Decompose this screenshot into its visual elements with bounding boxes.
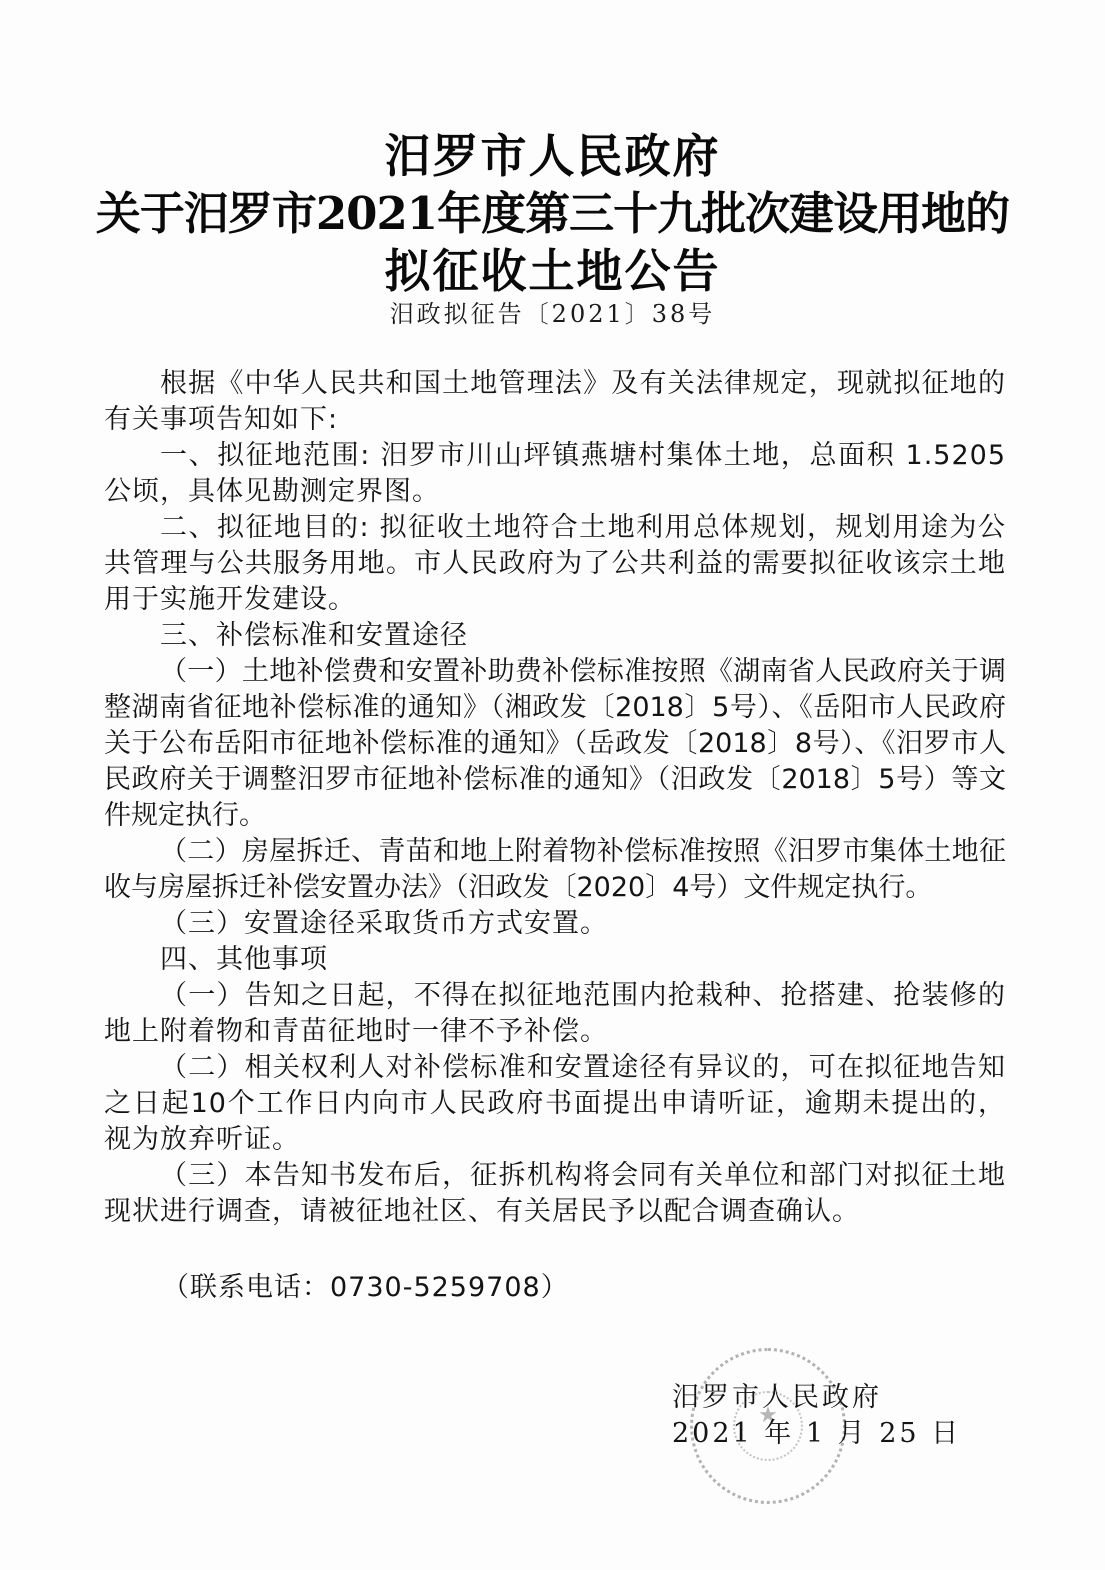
signature-issuer: 汨罗市人民政府 <box>672 1380 961 1416</box>
signature-date: 2021 年 1 月 25 日 <box>672 1416 961 1452</box>
section-heading-other: 四、其他事项 <box>104 942 1006 978</box>
paragraph-scope: 一、拟征地范围: 汨罗市川山坪镇燕塘村集体土地，总面积 1.5205 公顷，具体… <box>104 438 1006 510</box>
paragraph-other-3: （三）本告知书发布后，征拆机构将会同有关单位和部门对拟征土地现状进行调查，请被征… <box>104 1158 1006 1230</box>
signature-block: 汨罗市人民政府 2021 年 1 月 25 日 <box>672 1380 961 1452</box>
contact-phone: （联系电话：0730-5259708） <box>162 1270 569 1306</box>
paragraph-compensation-2: （二）房屋拆迁、青苗和地上附着物补偿标准按照《汨罗市集体土地征收与房屋拆迁补偿安… <box>104 834 1006 906</box>
paragraph-other-1: （一）告知之日起，不得在拟征地范围内抢栽种、抢搭建、抢装修的地上附着物和青苗征地… <box>104 978 1006 1050</box>
paragraph-purpose: 二、拟征地目的: 拟征收土地符合土地利用总体规划，规划用途为公共管理与公共服务用… <box>104 510 1006 618</box>
paragraph-compensation-1: （一）土地补偿费和安置补助费补偿标准按照《湖南省人民政府关于调整湖南省征地补偿标… <box>104 654 1006 834</box>
document-number: 汨政拟征告〔2021〕38号 <box>0 298 1105 330</box>
title-subject: 关于汨罗市2021年度第三十九批次建设用地的 <box>0 186 1105 242</box>
paragraph-compensation-3: （三）安置途径采取货币方式安置。 <box>104 906 1006 942</box>
paragraph-intro: 根据《中华人民共和国土地管理法》及有关法律规定，现就拟征地的有关事项告知如下: <box>104 366 1006 438</box>
title-notice: 拟征收土地公告 <box>0 243 1105 299</box>
document-page: 汨罗市人民政府 关于汨罗市2021年度第三十九批次建设用地的 拟征收土地公告 汨… <box>0 0 1105 1570</box>
section-heading-compensation: 三、补偿标准和安置途径 <box>104 618 1006 654</box>
title-issuer: 汨罗市人民政府 <box>0 128 1105 184</box>
paragraph-other-2: （二）相关权利人对补偿标准和安置途径有异议的，可在拟征地告知之日起10个工作日内… <box>104 1050 1006 1158</box>
document-body: 根据《中华人民共和国土地管理法》及有关法律规定，现就拟征地的有关事项告知如下: … <box>104 366 1006 1230</box>
